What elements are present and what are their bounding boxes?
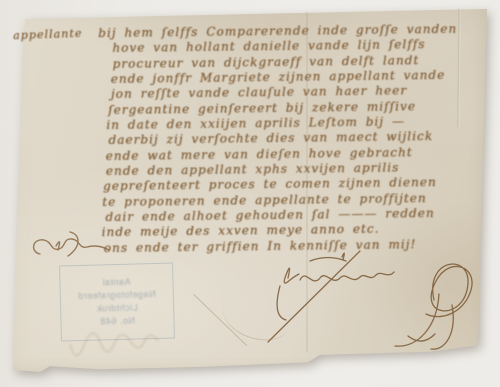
manuscript-text: bij hem ſelffs Comparerende inde groſſe … — [0, 22, 460, 258]
signature-paraph — [238, 248, 488, 356]
manuscript-photo: Aantal Nagefotografeerd Lichtdruk No. 64… — [0, 0, 500, 387]
